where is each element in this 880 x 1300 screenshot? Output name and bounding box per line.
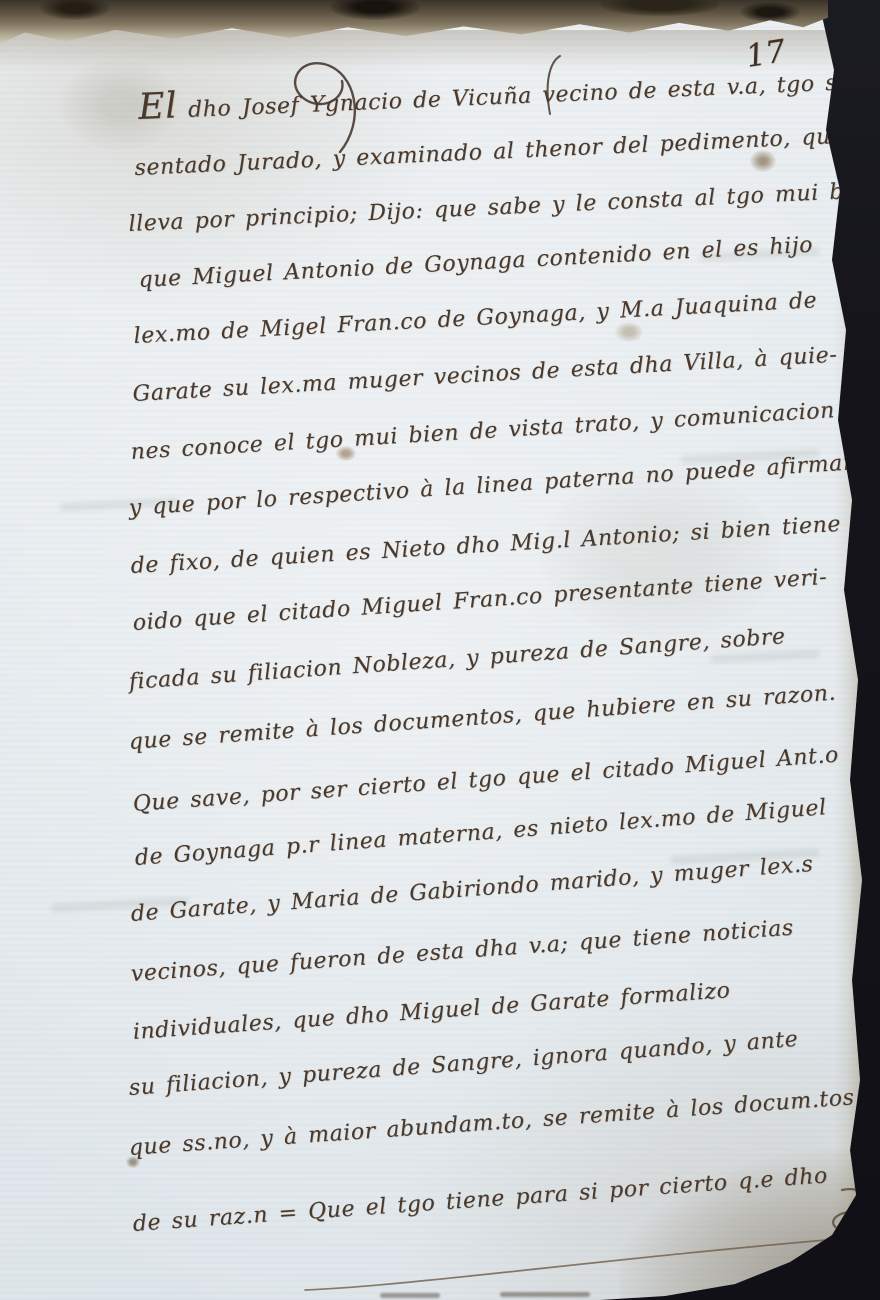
initial-word: El <box>137 85 178 128</box>
grime-blotch <box>600 0 720 16</box>
manuscript-line: de fixo, de quien es Nieto dho Mig.l Ant… <box>130 512 842 579</box>
foxing-stain <box>615 322 643 342</box>
manuscript-page: 17 El dho Josef Ygnacio de Vicuña vecino… <box>0 0 880 1300</box>
grime-blotch <box>330 0 420 20</box>
manuscript-line: lex.mo de Migel Fran.co de Goynaga, y M.… <box>133 288 818 349</box>
manuscript-line: vecinos, que fueron de esta dha v.a; que… <box>130 916 795 987</box>
cropped-text-hint <box>500 1292 590 1297</box>
manuscript-line: oido que el citado Miguel Fran.co presen… <box>132 565 828 636</box>
ink-stain <box>750 150 776 172</box>
manuscript-line: ficada su filiacion Nobleza, y pureza de… <box>128 624 786 695</box>
cropped-text-hint <box>380 1293 440 1298</box>
manuscript-photo: 17 El dho Josef Ygnacio de Vicuña vecino… <box>0 0 880 1300</box>
manuscript-line: que Miguel Antonio de Goynaga contenido … <box>138 233 814 293</box>
paper-discoloration <box>540 470 780 640</box>
manuscript-line: El dho Josef Ygnacio de Vicuña vecino de… <box>138 67 880 125</box>
grime-blotch <box>740 2 800 22</box>
grime-blotch <box>40 0 110 20</box>
manuscript-line: Garate su lex.ma muger vecinos de esta d… <box>132 343 838 407</box>
manuscript-line-text: dho Josef Ygnacio de Vicuña vecino de es… <box>188 67 880 123</box>
manuscript-line: que se remite à los documentos, que hubi… <box>128 681 837 755</box>
paper-top-shading <box>0 30 840 70</box>
page-number: 17 <box>743 33 788 75</box>
manuscript-line: lleva por principio; Dijo: que sabe y le… <box>128 178 880 237</box>
manuscript-line: y que por lo respectivo à la linea pater… <box>128 450 855 521</box>
manuscript-line: individuales, que dho Miguel de Garate f… <box>132 978 731 1045</box>
manuscript-line: sentado Jurado, y examinado al thenor de… <box>134 124 845 181</box>
